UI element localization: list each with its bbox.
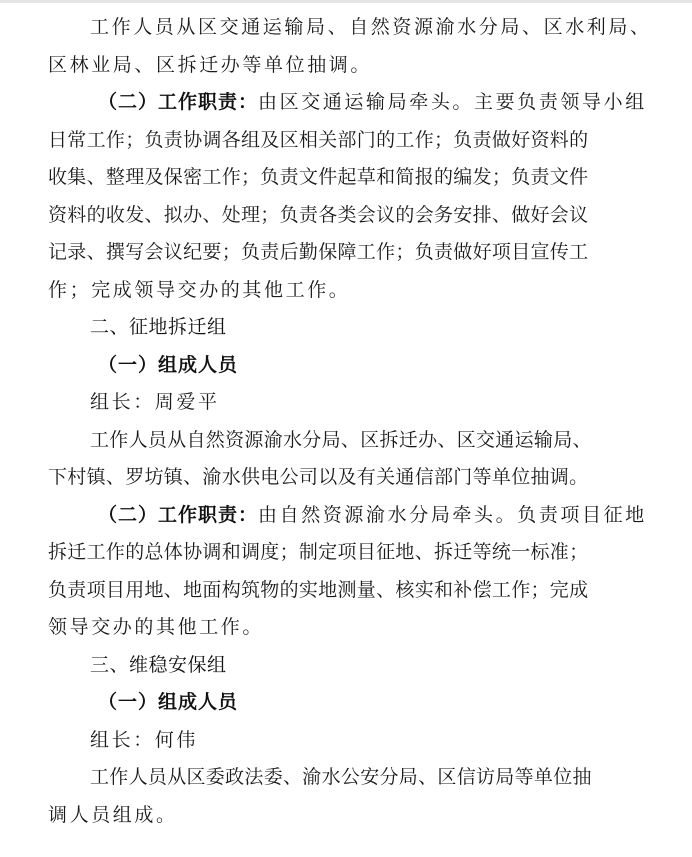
group-leader: 组长：何伟 — [48, 722, 638, 760]
section-heading: 二、征地拆迁组 — [48, 309, 638, 347]
paragraph-line: 调人员组成。 — [48, 797, 638, 835]
duties-paragraph-first-line: （二）工作职责：由自然资源渝水分局牵头。负责项目征地 — [48, 497, 638, 535]
paragraph-line: 拆迁工作的总体协调和调度；制定项目征地、拆迁等统一标准； — [48, 534, 638, 572]
paragraph-line: 收集、整理及保密工作；负责文件起草和简报的编发；负责文件 — [48, 159, 638, 197]
duties-text: 由区交通运输局牵头。主要负责领导小组 — [258, 91, 647, 113]
paragraph-line: 作；完成领导交办的其他工作。 — [48, 272, 638, 310]
group-leader: 组长：周爱平 — [48, 384, 638, 422]
top-border — [0, 0, 692, 3]
paragraph-line: 区林业局、区拆迁办等单位抽调。 — [48, 47, 638, 85]
paragraph-line: 日常工作；负责协调各组及区相关部门的工作；负责做好资料的 — [48, 122, 638, 160]
subsection-heading: （一）组成人员 — [48, 684, 638, 722]
duties-paragraph-first-line: （二）工作职责：由区交通运输局牵头。主要负责领导小组 — [48, 84, 638, 122]
subsection-heading: （一）组成人员 — [48, 347, 638, 385]
paragraph-line: 负责项目用地、地面构筑物的实地测量、核实和补偿工作；完成 — [48, 572, 638, 610]
paragraph-line: 下村镇、罗坊镇、渝水供电公司以及有关通信部门等单位抽调。 — [48, 459, 638, 497]
paragraph-line: 工作人员从区委政法委、渝水公安分局、区信访局等单位抽 — [48, 759, 638, 797]
paragraph-line: 工作人员从自然资源渝水分局、区拆迁办、区交通运输局、 — [48, 422, 638, 460]
paragraph-line: 领导交办的其他工作。 — [48, 609, 638, 647]
section-heading: 三、维稳安保组 — [48, 647, 638, 685]
document-page: 工作人员从区交通运输局、自然资源渝水分局、区水利局、 区林业局、区拆迁办等单位抽… — [48, 9, 638, 834]
duties-text: 由自然资源渝水分局牵头。负责项目征地 — [258, 504, 647, 526]
duties-label: （二）工作职责： — [98, 504, 258, 526]
paragraph-line: 工作人员从区交通运输局、自然资源渝水分局、区水利局、 — [48, 9, 638, 47]
paragraph-line: 资料的收发、拟办、处理；负责各类会议的会务安排、做好会议 — [48, 197, 638, 235]
duties-label: （二）工作职责： — [98, 91, 258, 113]
paragraph-line: 记录、撰写会议纪要；负责后勤保障工作；负责做好项目宣传工 — [48, 234, 638, 272]
